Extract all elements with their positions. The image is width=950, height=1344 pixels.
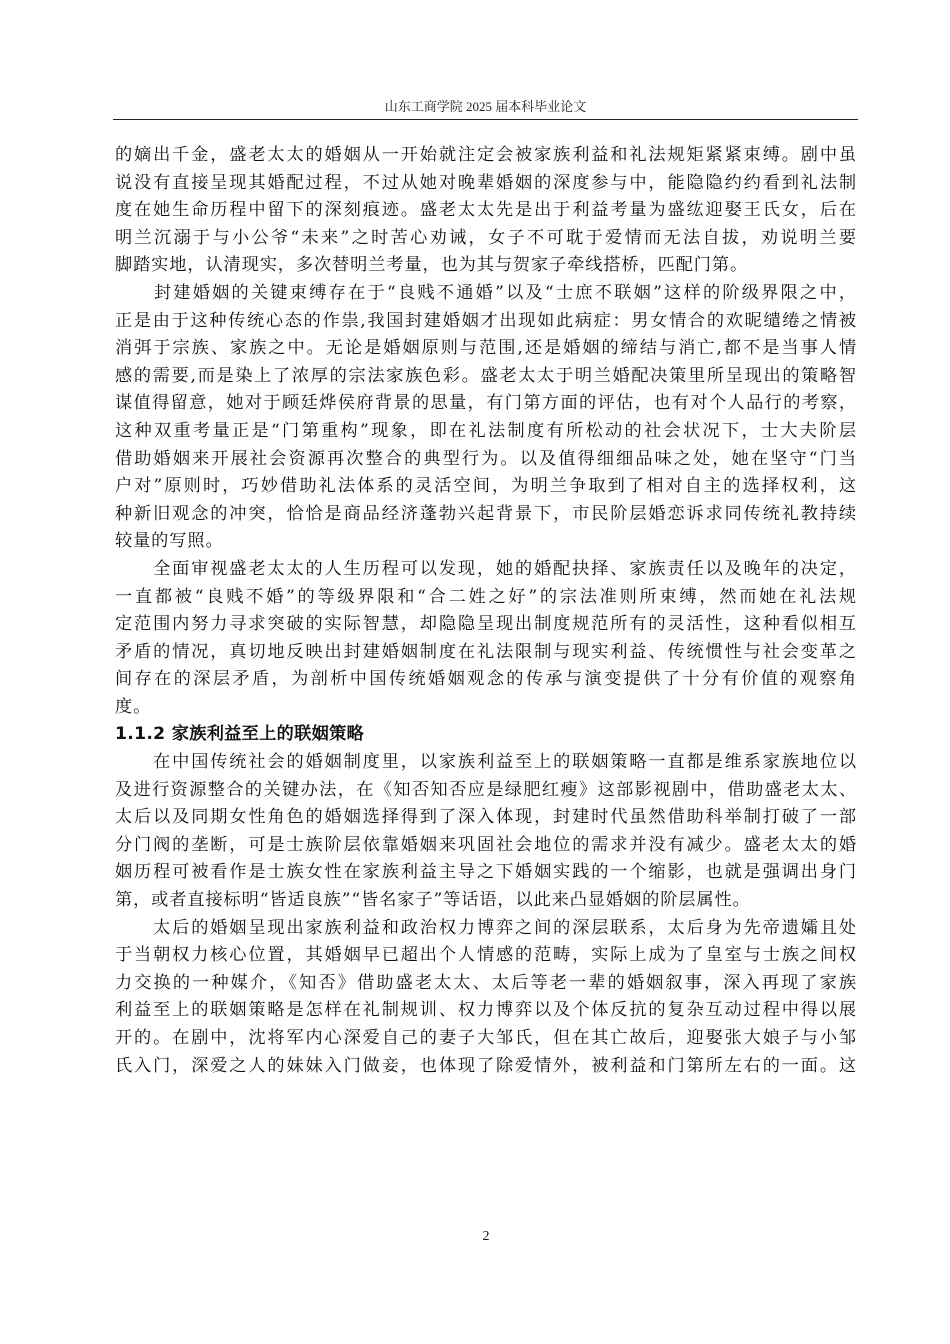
paragraph-line: 开的。在剧中，沈将军内心深爱自己的妻子大邹氏，但在其亡故后，迎娶张大娘子与小邹	[115, 1025, 857, 1053]
paragraph-line: 太后以及同期女性角色的婚姻选择得到了深入体现，封建时代虽然借助科举制打破了一部	[115, 804, 857, 832]
paragraph-end-line: 度。	[115, 694, 857, 722]
paragraph-line: 矛盾的情况，真切地反映出封建婚姻制度在礼法限制与现实利益、传统惯性与社会变革之	[115, 639, 857, 667]
paragraph-line: 力交换的一种媒介，《知否》借助盛老太太、太后等老一辈的婚姻叙事，深入再现了家族	[115, 970, 857, 998]
paragraph-line: 及进行资源整合的关键办法，在《知否知否应是绿肥红瘦》这部影视剧中，借助盛老太太、	[115, 777, 857, 805]
paragraph-line: 感的需要,而是染上了浓厚的宗法家族色彩。盛老太太于明兰婚配决策里所呈现出的策略智	[115, 363, 857, 391]
paragraph-line: 在中国传统社会的婚姻制度里，以家族利益至上的联姻策略一直都是维系家族地位以	[115, 749, 857, 777]
paragraph-line: 明兰沉溺于与小公爷“未来”之时苦心劝诫，女子不可耽于爱情而无法自拔，劝说明兰要	[115, 225, 857, 253]
paragraph-line: 姻历程可被看作是士族女性在家族利益主导之下婚姻实践的一个缩影，也就是强调出身门	[115, 859, 857, 887]
paragraph-line: 氏入门，深爱之人的妹妹入门做妾，也体现了除爱情外，被利益和门第所左右的一面。这	[115, 1053, 857, 1081]
section-heading: 1.1.2 家族利益至上的联姻策略	[115, 721, 857, 749]
page-header: 山东工商学院 2025 届本科毕业论文	[113, 99, 858, 115]
paragraph-line: 借助婚姻来开展社会资源再次整合的典型行为。以及值得细细品味之处，她在坚守“门当	[115, 446, 857, 474]
paragraph-line: 正是由于这种传统心态的作祟,我国封建婚姻才出现如此病症：男女情合的欢昵缱绻之情被	[115, 308, 857, 336]
paragraph-end-line: 较量的写照。	[115, 528, 857, 556]
paragraph-line: 谋值得留意，她对于顾廷烨侯府背景的思量，有门第方面的评估，也有对个人品行的考察，	[115, 390, 857, 418]
paragraph-line: 间存在的深层矛盾，为剖析中国传统婚姻观念的传承与演变提供了十分有价值的观察角	[115, 666, 857, 694]
paper-body: 的嫡出千金，盛老太太的婚姻从一开始就注定会被家族利益和礼法规矩紧紧束缚。剧中虽说…	[115, 142, 857, 1080]
paragraph-line: 种新旧观念的冲突，恰恰是商品经济蓬勃兴起背景下，市民阶层婚恋诉求同传统礼教持续	[115, 501, 857, 529]
paragraph-line: 户对”原则时，巧妙借助礼法体系的灵活空间，为明兰争取到了相对自主的选择权利，这	[115, 473, 857, 501]
paragraph-line: 太后的婚姻呈现出家族利益和政治权力博弈之间的深层联系，太后身为先帝遗孀且处	[115, 915, 857, 943]
paragraph-end-line: 脚踏实地，认清现实，多次替明兰考量，也为其与贺家子牵线搭桥，匹配门第。	[115, 252, 857, 280]
header-title: 山东工商学院 2025 届本科毕业论文	[385, 99, 587, 114]
paragraph-line: 封建婚姻的关键束缚存在于“良贱不通婚”以及“士庶不联姻”这样的阶级界限之中，	[115, 280, 857, 308]
header-divider	[113, 119, 858, 120]
paragraph-line: 的嫡出千金，盛老太太的婚姻从一开始就注定会被家族利益和礼法规矩紧紧束缚。剧中虽	[115, 142, 857, 170]
paragraph-line: 度在她生命历程中留下的深刻痕迹。盛老太太先是出于利益考量为盛纮迎娶王氏女，后在	[115, 197, 857, 225]
paragraph-end-line: 第，或者直接标明“皆适良族”“皆名家子”等话语，以此来凸显婚姻的阶层属性。	[115, 887, 857, 915]
paragraph-line: 分门阀的垄断，可是士族阶层依靠婚姻来巩固社会地位的需求并没有减少。盛老太太的婚	[115, 832, 857, 860]
paragraph-line: 一直都被“良贱不婚”的等级界限和“合二姓之好”的宗法准则所束缚，然而她在礼法规	[115, 584, 857, 612]
paragraph-line: 于当朝权力核心位置，其婚姻早已超出个人情感的范畴，实际上成为了皇室与士族之间权	[115, 942, 857, 970]
paragraph-line: 说没有直接呈现其婚配过程，不过从她对晚辈婚姻的深度参与中，能隐隐约约看到礼法制	[115, 170, 857, 198]
paragraph-line: 这种双重考量正是“门第重构”现象，即在礼法制度有所松动的社会状况下，士大夫阶层	[115, 418, 857, 446]
paragraph-line: 消弭于宗族、家族之中。无论是婚姻原则与范围,还是婚姻的缔结与消亡,都不是当事人情	[115, 335, 857, 363]
paragraph-line: 全面审视盛老太太的人生历程可以发现，她的婚配抉择、家族责任以及晚年的决定，	[115, 556, 857, 584]
paragraph-line: 定范围内努力寻求突破的实际智慧，却隐隐呈现出制度规范所有的灵活性，这种看似相互	[115, 611, 857, 639]
paragraph-line: 利益至上的联姻策略是怎样在礼制规训、权力博弈以及个体反抗的复杂互动过程中得以展	[115, 997, 857, 1025]
page-number: 2	[0, 1229, 950, 1245]
